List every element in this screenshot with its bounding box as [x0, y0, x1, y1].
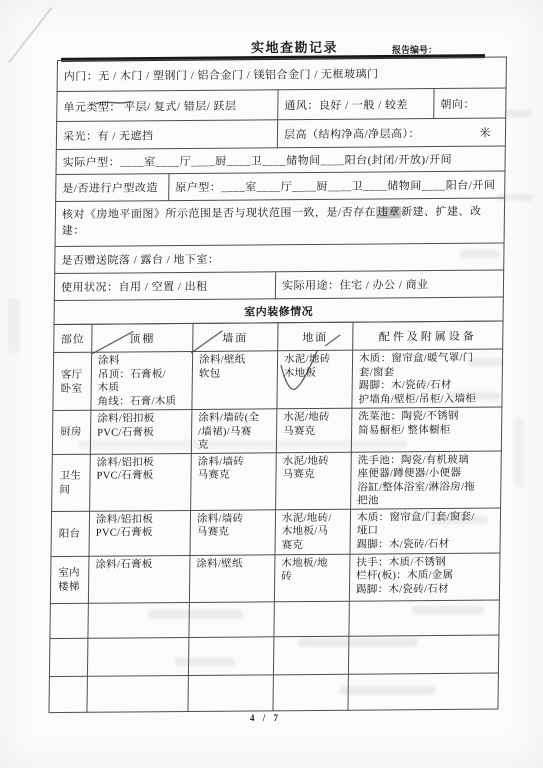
table-row: 单元类型： 平层/ 复式/ 错层/ 跃层 通风：良好 / 一般 / 较差 朝向： — [57, 88, 506, 122]
bleed-through-mark — [298, 638, 418, 647]
fittings-cell: 扶手：木质/不锈钢 栏杆(板)：木质/金属 踢脚：木/瓷砖/石材 — [349, 553, 500, 601]
table-row-stairs: 室内 楼梯 涂料/石膏板 涂料/壁纸 木地板/地 砖 扶手：木质/不锈钢 栏杆(… — [50, 553, 500, 604]
scanned-page: 实地查勘记录 报告编号： 内门：无 / 木门 / 塑钢门 / 铝合金门 / 镁铝… — [0, 0, 543, 768]
bleed-through-mark — [450, 392, 500, 400]
bleed-through-mark — [8, 298, 20, 353]
table-row: 使用状况：自用 / 空置 / 出租 实际用途：住宅 / 办公 / 商业 — [54, 270, 503, 301]
floor-cell: 水泥/地砖 木地板 — [277, 350, 353, 409]
table-row: 是/否进行户型改造 原户型：____室____厅____厨____卫____储物… — [56, 171, 505, 202]
form-body: 内门：无 / 木门 / 塑钢门 / 铝合金门 / 镁铝合金门 / 无框玻璃门 单… — [48, 56, 506, 712]
unit-type-options: / 复式/ 错层/ 跃层 — [147, 100, 237, 113]
wall-cell: 涂料/壁纸 软包 — [192, 351, 278, 410]
wall-cell: 涂料/壁纸 — [189, 554, 275, 602]
table-row: 内门：无 / 木门 / 塑钢门 / 铝合金门 / 镁铝合金门 / 无框玻璃门 — [57, 57, 506, 92]
ventilation-cell: 通风：良好 / 一般 / 较差 — [278, 89, 434, 120]
col-header-ceiling: 顶棚 — [92, 323, 193, 352]
table-row: 采光：有 / 无遮挡 层高（结构净高/净层高）：米 — [56, 118, 505, 150]
unit-type-cell: 单元类型： 平层/ 复式/ 错层/ 跃层 — [57, 90, 278, 122]
wall-cell: 涂料/墙砖 马赛克 — [190, 509, 276, 555]
table-row: 是否赠送院落 / 露台 / 地下室： — [55, 243, 504, 274]
wall-cell: 涂料/墙砖 马赛克 — [191, 452, 277, 510]
col-header-wall: 墙面 — [193, 323, 278, 352]
fittings-cell: 木质：窗帘盒/门套/窗套/ 垭口 踢脚：木/瓷砖/石材 — [350, 508, 501, 554]
bleed-through-mark — [78, 440, 408, 449]
renovation-question-cell: 是/否进行户型改造 — [56, 174, 169, 202]
bleed-through-mark — [430, 516, 488, 524]
storey-height-cell: 层高（结构净高/净层高）：米 — [277, 118, 505, 148]
highlighted-word: 违章 — [376, 206, 401, 218]
bleed-through-mark — [514, 418, 524, 488]
fittings-cell: 洗手池：陶瓷/有机玻璃 座便器/蹲便器/小便器 浴缸/整体浴室/淋浴房/拖 把池 — [351, 451, 502, 509]
actual-use-cell: 实际用途：住宅 / 办公 / 商业 — [275, 270, 503, 299]
ceiling-cell: 涂料 吊顶：石膏板/ 木质 角线：石膏/木质 — [91, 351, 193, 410]
table-header-row: 部位 顶棚 墙面 地面 配件及附属设备 — [54, 321, 503, 353]
part-cell: 卫生 间 — [52, 454, 91, 511]
bleed-through-mark — [175, 658, 235, 666]
col-header-part: 部位 — [54, 324, 92, 352]
bleed-through-mark — [504, 110, 532, 117]
orientation-cell: 朝向： — [434, 88, 506, 119]
scan-corner-artifact — [8, 7, 52, 63]
col-header-floor: 地面 — [278, 322, 353, 351]
unit-type-label: 单元类型： — [63, 101, 121, 113]
bleed-through-mark — [497, 194, 533, 201]
unit-type-option-pingceng: 平层 — [124, 101, 147, 113]
bleed-through-mark — [412, 606, 484, 614]
usage-status-cell: 使用状况：自用 / 空置 / 出租 — [54, 272, 275, 301]
ceiling-cell: 涂料/铝扣板 PVC/石膏板 — [90, 453, 192, 511]
daylight-cell: 采光：有 / 无遮挡 — [56, 120, 277, 150]
check-floorplan-cell: 核对《房地平面图》所示范围是否与现状范围一致，是/否存在违章新建、扩建、改建： — [55, 198, 505, 247]
part-cell: 阳台 — [51, 511, 90, 556]
storey-height-label: 层高（结构净高/净层高）： — [284, 128, 420, 141]
inner-door-cell: 内门：无 / 木门 / 塑钢门 / 铝合金门 / 镁铝合金门 / 无框玻璃门 — [57, 57, 506, 92]
bleed-through-mark — [148, 610, 243, 619]
table-row-bathroom: 卫生 间 涂料/铝扣板 PVC/石膏板 涂料/墙砖 马赛克 水泥/地砖 马赛克 … — [52, 451, 502, 512]
bonus-space-cell: 是否赠送院落 / 露台 / 地下室： — [55, 243, 504, 274]
survey-form-table: 内门：无 / 木门 / 塑钢门 / 铝合金门 / 镁铝合金门 / 无框玻璃门 单… — [54, 56, 507, 325]
bleed-through-mark — [468, 358, 504, 366]
part-cell: 客厅 卧室 — [53, 352, 92, 410]
actual-layout-cell: 实际户型：____室____厅____厨____卫____储物间____阳台(封… — [56, 146, 505, 175]
part-cell: 室内 楼梯 — [50, 556, 89, 603]
table-row: 核对《房地平面图》所示范围是否与现状范围一致，是/否存在违章新建、扩建、改建： — [55, 198, 505, 247]
check-floorplan-text: 核对《房地平面图》所示范围是否与现状范围一致，是/否存在 — [62, 206, 376, 220]
bleed-through-mark — [340, 686, 435, 695]
floor-cell: 木地板/地 砖 — [274, 554, 350, 602]
meter-unit: 米 — [479, 124, 491, 140]
page-number: 4 / 7 — [0, 713, 543, 723]
table-row-livingroom: 客厅 卧室 涂料 吊顶：石膏板/ 木质 角线：石膏/木质 涂料/壁纸 软包 水泥… — [53, 349, 503, 411]
document-title: 实地查勘记录 — [251, 37, 338, 56]
bleed-through-mark — [460, 250, 500, 258]
original-layout-cell: 原户型：____室____厅____厨____卫____储物间____阳台/开间 — [169, 171, 505, 201]
ceiling-cell: 涂料/石膏板 — [88, 555, 190, 603]
table-row-empty — [49, 635, 498, 677]
floor-cell: 水泥/地砖 马赛克 — [276, 452, 352, 510]
floor-cell: 水泥/地砖/ 木地板/马 赛克 — [275, 509, 351, 555]
table-row: 实际户型：____室____厅____厨____卫____储物间____阳台(封… — [56, 146, 505, 175]
ceiling-cell: 涂料/铝扣板 PVC/石膏板 — [89, 510, 191, 556]
table-row-balcony: 阳台 涂料/铝扣板 PVC/石膏板 涂料/墙砖 马赛克 水泥/地砖/ 木地板/马… — [51, 508, 501, 557]
col-header-fittings: 配件及附属设备 — [353, 321, 503, 350]
